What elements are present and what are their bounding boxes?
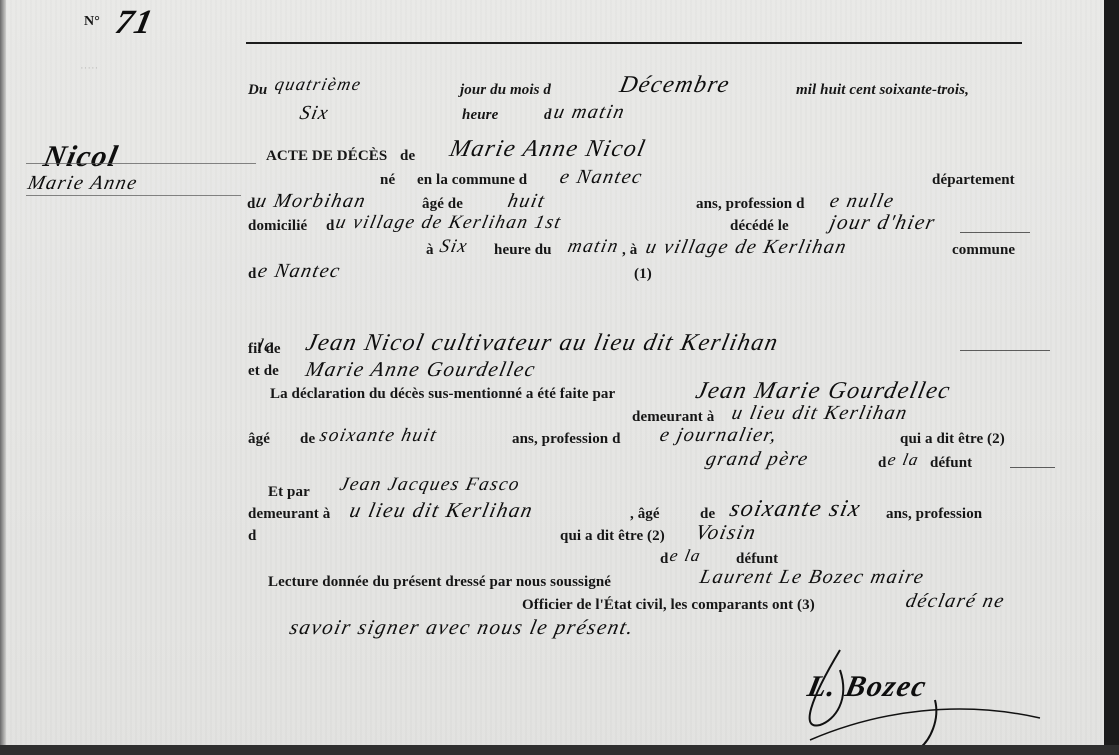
label-year: mil huit cent soixante-trois, xyxy=(796,82,969,99)
hw-declarant1-relation: grand père xyxy=(704,448,811,471)
hw-declarant2-relation-d: e la xyxy=(668,546,703,566)
label-decede-le: décédé le xyxy=(730,218,789,235)
hw-domicile: u village de Kerlihan 1st xyxy=(334,212,564,234)
hw-declarant2-residence: u lieu dit Kerlihan xyxy=(347,498,535,523)
label-de-age: de xyxy=(300,431,315,448)
hw-day: quatrième xyxy=(273,74,364,95)
label-officier: Officier de l'État civil, les comparants… xyxy=(522,597,815,614)
label-ans-profession3: ans, profession xyxy=(886,506,982,523)
label-jour-du-mois: jour du mois d xyxy=(460,82,551,99)
label-ans-profession: ans, profession d xyxy=(696,196,805,213)
margin-surname: Nicol xyxy=(40,140,121,174)
label-commune: commune xyxy=(952,242,1015,259)
hw-age: huit xyxy=(506,190,548,213)
hw-declarant1-relation-d: e la xyxy=(886,450,921,470)
fill-line xyxy=(960,232,1030,233)
label-domicilie: domicilié xyxy=(248,218,307,235)
label-et-de: et de xyxy=(248,363,279,380)
record-number-label: N° xyxy=(84,14,100,30)
label-defunt: défunt xyxy=(930,455,972,472)
bleed-through-text: ····· xyxy=(80,62,98,74)
margin-line-2 xyxy=(26,195,241,196)
label-comma-a: , à xyxy=(622,242,637,259)
label-a: à xyxy=(426,242,434,259)
hw-death-hour: Six xyxy=(438,236,470,258)
margin-line-1 xyxy=(26,163,256,164)
label-ans-profession2: ans, profession d xyxy=(512,431,621,448)
label-lecture: Lecture donnée du présent dressé par nou… xyxy=(268,574,611,591)
label-age: âgé xyxy=(248,431,270,448)
hw-declarant2: Jean Jacques Fasco xyxy=(338,474,523,496)
label-du: Du xyxy=(248,82,267,99)
header-rule xyxy=(246,42,1022,44)
hw-mother: Marie Anne Gourdellec xyxy=(303,357,538,382)
label-ne: né xyxy=(380,172,395,189)
label-et-par: Et par xyxy=(268,484,310,501)
label-qui-a-dit-etre: qui a dit être (2) xyxy=(900,431,1005,448)
hw-declarant1-residence: u lieu dit Kerlihan xyxy=(730,402,911,425)
label-d: d xyxy=(544,107,552,124)
label-demeurant-a2: demeurant à xyxy=(248,506,330,523)
hw-declarant1-age: soixante huit xyxy=(318,425,440,447)
hw-declarant2-age: soixante six xyxy=(727,496,863,523)
fill-line xyxy=(1010,467,1055,468)
label-departement: département xyxy=(932,172,1015,189)
hw-commune: e Nantec xyxy=(256,260,343,283)
hw-father: Jean Nicol cultivateur au lieu dit Kerli… xyxy=(303,330,781,357)
hw-death-place: u village de Kerlihan xyxy=(644,236,850,259)
label-acte-de-deces: ACTE DE DÉCÈS xyxy=(266,148,387,165)
label-heure: heure xyxy=(462,107,498,124)
record-number: 71 xyxy=(112,4,157,42)
label-declaration: La déclaration du décès sus-mentionné a … xyxy=(270,386,615,403)
page-left-edge xyxy=(0,0,6,745)
label-age2: , âgé xyxy=(630,506,660,523)
hw-deceased-name: Marie Anne Nicol xyxy=(447,136,648,163)
hw-time-of-day: u matin xyxy=(552,101,628,124)
hw-closing: savoir signer avec nous le présent. xyxy=(287,615,636,640)
hw-death-date: jour d'hier xyxy=(827,210,938,235)
label-en-la-commune: en la commune d xyxy=(417,172,527,189)
footnote-1: (1) xyxy=(634,266,652,283)
margin-given-names: Marie Anne xyxy=(26,172,140,195)
viewer-bottom-bar xyxy=(0,745,1119,755)
hw-death-time: matin xyxy=(566,236,621,258)
fill-line xyxy=(960,350,1050,351)
hw-birth-dept: u Morbihan xyxy=(254,190,369,213)
label-qui-a-dit-etre2: qui a dit être (2) xyxy=(560,528,665,545)
death-certificate-page: ····· N° 71 Nicol Marie Anne Du quatrièm… xyxy=(0,0,1106,745)
hw-hour: Six xyxy=(298,102,332,125)
hw-birth-commune: e Nantec xyxy=(558,166,645,189)
hw-declarant1: Jean Marie Gourdellec xyxy=(693,378,953,405)
label-de: de xyxy=(400,148,415,165)
hw-declarant2-relation: Voisin xyxy=(693,520,759,545)
page-right-edge xyxy=(1104,0,1119,745)
signature: L. Bozec xyxy=(804,670,930,704)
hw-month: Décembre xyxy=(617,72,732,99)
label-age-de: âgé de xyxy=(422,196,463,213)
hw-officer: Laurent Le Bozec maire xyxy=(698,566,927,589)
hw-declarant1-profession: e journalier, xyxy=(658,424,780,447)
hw-declared: déclaré ne xyxy=(904,590,1008,613)
label-d-prof: d xyxy=(248,528,256,545)
label-heure-du: heure du xyxy=(494,242,552,259)
